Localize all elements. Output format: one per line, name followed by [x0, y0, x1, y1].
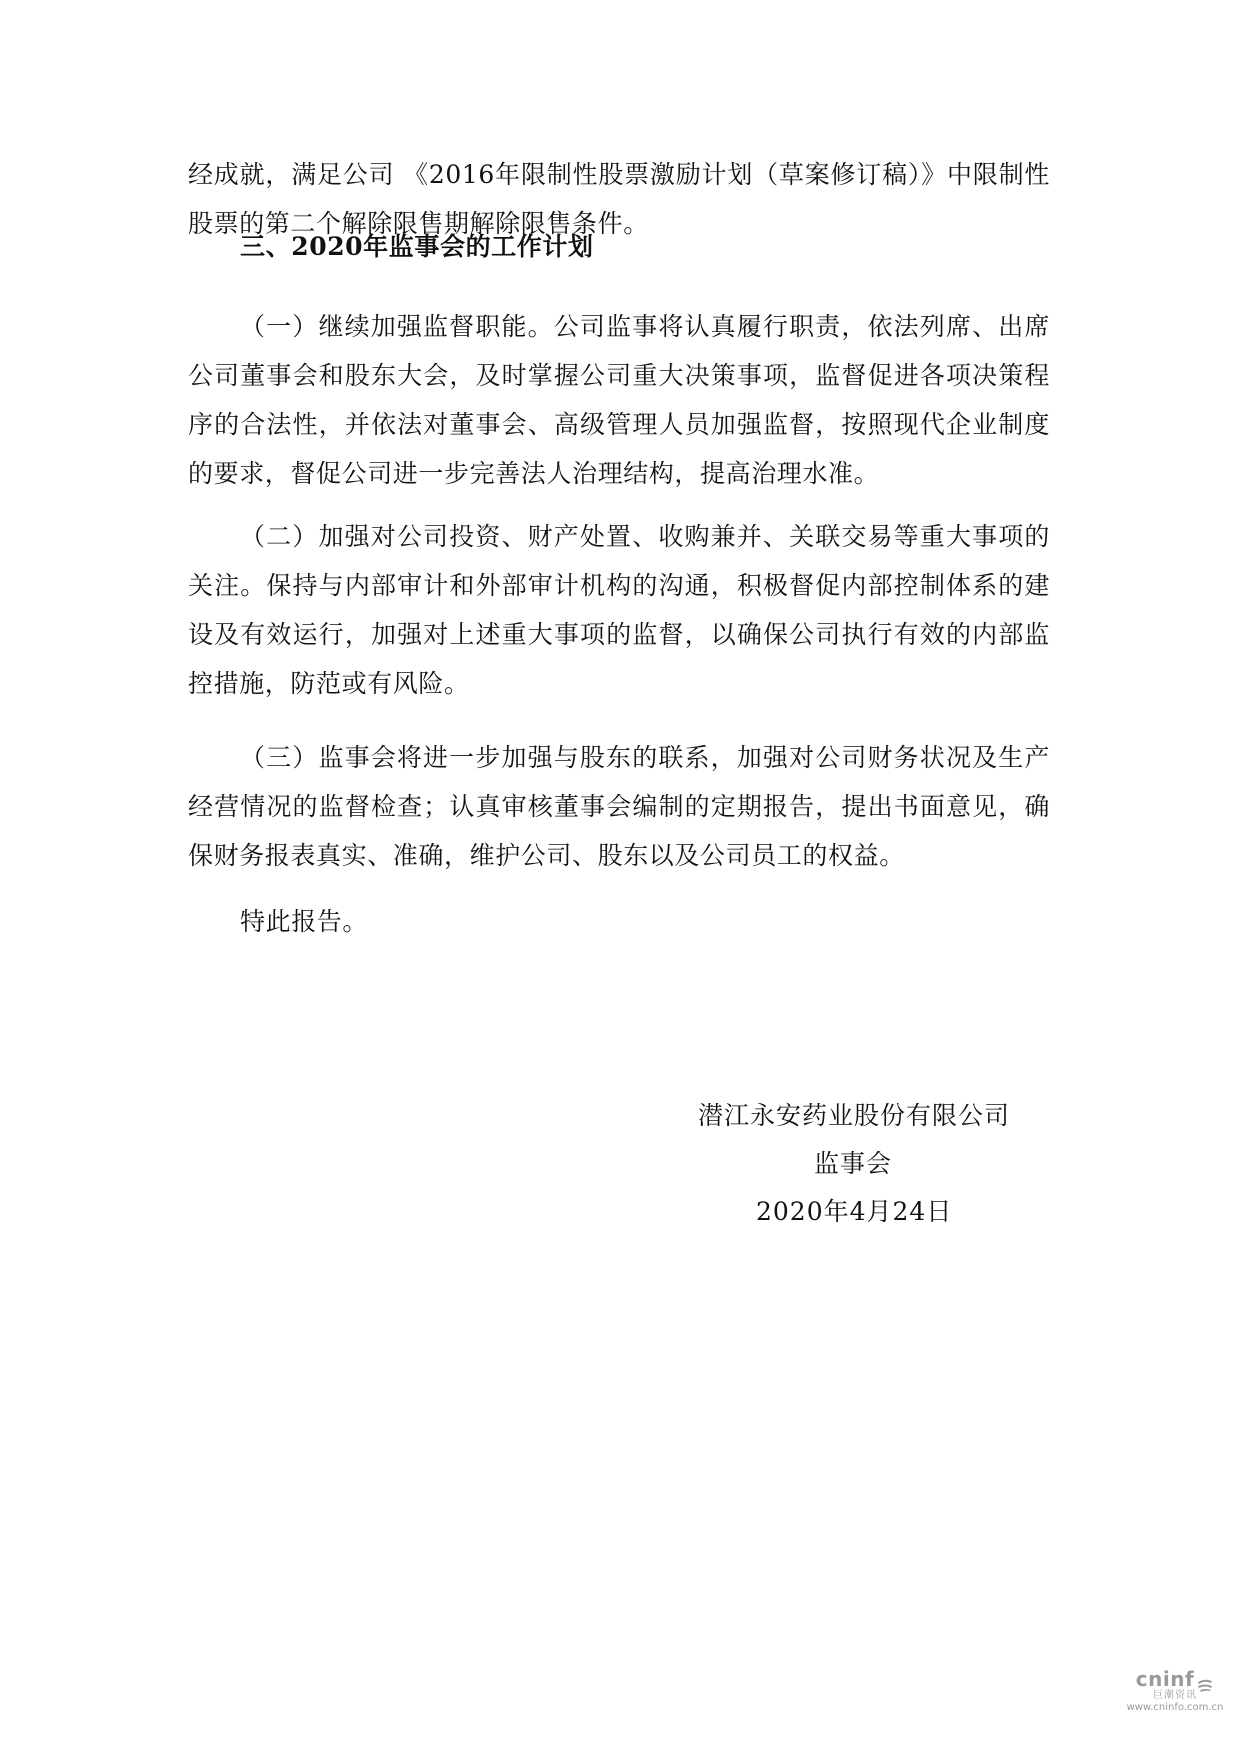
section-heading-work-plan: 三、2020年监事会的工作计划	[188, 222, 1050, 271]
cninfo-watermark: cninf 巨潮资讯 www.cninfo.com.cn	[1110, 1668, 1240, 1714]
document-page: 经成就，满足公司 《2016年限制性股票激励计划（草案修订稿）》中限制性股票的第…	[0, 0, 1241, 1754]
watermark-url: www.cninfo.com.cn	[1110, 1702, 1240, 1714]
watermark-brand-cn: 巨潮资讯	[1110, 1690, 1240, 1702]
signature-body: 监事会	[814, 1144, 892, 1180]
paragraph-plan-item-1: （一）继续加强监督职能。公司监事将认真履行职责，依法列席、出席公司董事会和股东大…	[188, 302, 1050, 498]
paragraph-closing: 特此报告。	[188, 897, 1050, 946]
paragraph-plan-item-2: （二）加强对公司投资、财产处置、收购兼并、关联交易等重大事项的关注。保持与内部审…	[188, 512, 1050, 708]
signature-company: 潜江永安药业股份有限公司	[698, 1096, 1010, 1132]
paragraph-plan-item-3: （三）监事会将进一步加强与股东的联系，加强对公司财务状况及生产经营情况的监督检查…	[188, 733, 1050, 880]
signature-date: 2020年4月24日	[756, 1192, 952, 1228]
watermark-brand: cninf	[1110, 1668, 1240, 1690]
cninfo-logo-icon	[1196, 1674, 1214, 1688]
